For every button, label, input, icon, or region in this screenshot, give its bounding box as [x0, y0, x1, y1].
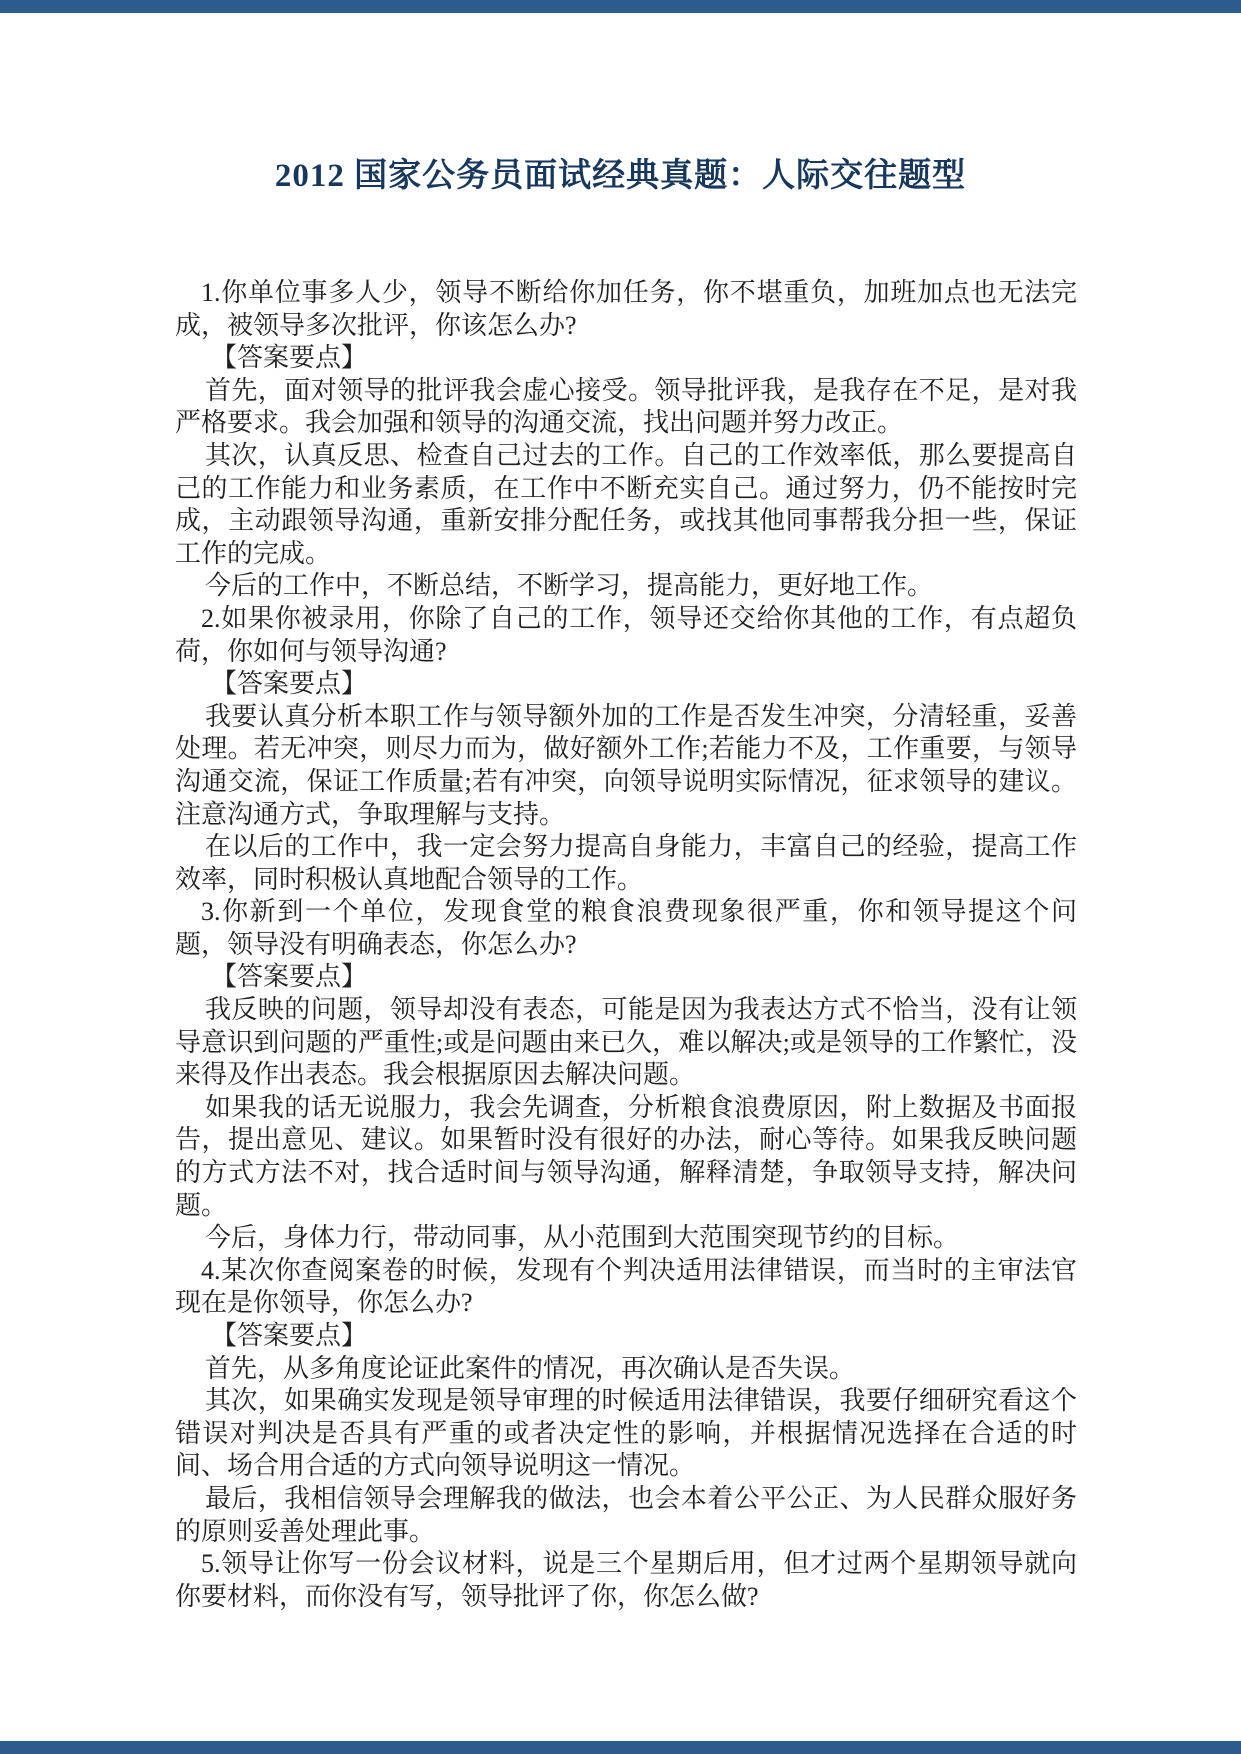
paragraph-body: 我要认真分析本职工作与领导额外加的工作是否发生冲突，分清轻重，妥善处理。若无冲突…	[175, 701, 1077, 831]
paragraph-body: 如果我的话无说服力，我会先调查，分析粮食浪费原因，附上数据及书面报告，提出意见、…	[175, 1092, 1077, 1222]
paragraph-answer-label: 【答案要点】	[175, 342, 1077, 375]
paragraph-question: 4.某次你查阅案卷的时候，发现有个判决适用法律错误，而当时的主审法官现在是你领导…	[175, 1255, 1077, 1320]
paragraph-answer-label: 【答案要点】	[175, 961, 1077, 994]
paragraph-answer-label: 【答案要点】	[175, 668, 1077, 701]
paragraph-body: 其次，如果确实发现是领导审理的时候适用法律错误，我要仔细研究看这个错误对判决是否…	[175, 1385, 1077, 1483]
paragraph-question: 1.你单位事多人少，领导不断给你加任务，你不堪重负，加班加点也无法完成，被领导多…	[175, 277, 1077, 342]
paragraph-body: 最后，我相信领导会理解我的做法，也会本着公平公正、为人民群众服好务的原则妥善处理…	[175, 1483, 1077, 1548]
document-title: 2012 国家公务员面试经典真题：人际交往题型	[0, 149, 1241, 196]
paragraph-answer-label: 【答案要点】	[175, 1320, 1077, 1353]
paragraph-body: 在以后的工作中，我一定会努力提高自身能力，丰富自己的经验，提高工作效率，同时积极…	[175, 831, 1077, 896]
top-accent-bar	[0, 0, 1241, 13]
document-body: 1.你单位事多人少，领导不断给你加任务，你不堪重负，加班加点也无法完成，被领导多…	[175, 277, 1077, 1613]
paragraph-body: 首先，从多角度论证此案件的情况，再次确认是否失误。	[175, 1353, 1077, 1386]
paragraph-body: 今后的工作中，不断总结，不断学习，提高能力，更好地工作。	[175, 570, 1077, 603]
paragraph-body: 首先，面对领导的批评我会虚心接受。领导批评我，是我存在不足，是对我严格要求。我会…	[175, 375, 1077, 440]
paragraph-question: 2.如果你被录用，你除了自己的工作，领导还交给你其他的工作，有点超负荷，你如何与…	[175, 603, 1077, 668]
paragraph-body: 今后，身体力行，带动同事，从小范围到大范围突现节约的目标。	[175, 1222, 1077, 1255]
paragraph-question: 5.领导让你写一份会议材料，说是三个星期后用，但才过两个星期领导就向你要材料，而…	[175, 1548, 1077, 1613]
document-page: 2012 国家公务员面试经典真题：人际交往题型 1.你单位事多人少，领导不断给你…	[0, 0, 1241, 1754]
paragraph-body: 其次，认真反思、检查自己过去的工作。自己的工作效率低，那么要提高自己的工作能力和…	[175, 440, 1077, 570]
paragraph-body: 我反映的问题，领导却没有表态，可能是因为我表达方式不恰当，没有让领导意识到问题的…	[175, 994, 1077, 1092]
paragraph-question: 3.你新到一个单位，发现食堂的粮食浪费现象很严重，你和领导提这个问题，领导没有明…	[175, 896, 1077, 961]
bottom-accent-bar	[0, 1741, 1241, 1754]
